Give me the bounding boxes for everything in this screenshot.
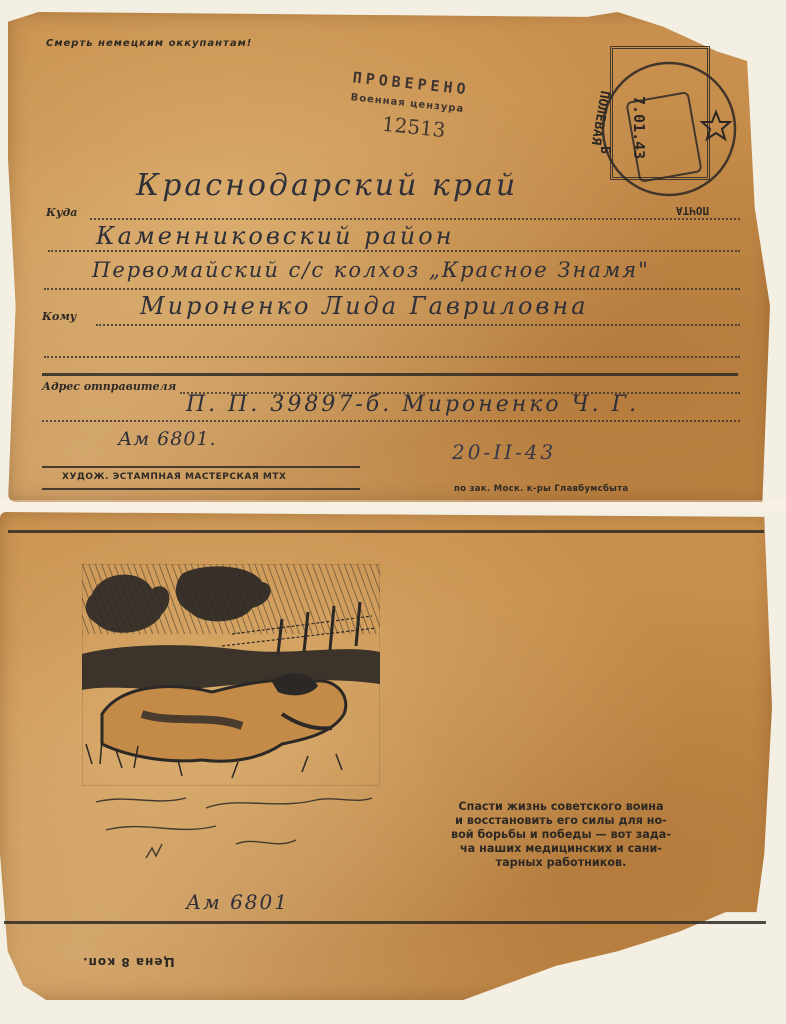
bottom-handwritten-note: Ам 6801 [186,890,289,914]
caption-line: Спасти жизнь советского воина [416,800,706,814]
imprint-rule-top [42,466,360,468]
sender-address: П. П. 39897-б. Мироненко Ч. Г. [186,392,639,417]
address-district: Каменниковский район [96,222,455,250]
imprint-left: ХУДОЖ. ЭСТАМПНАЯ МАСТЕРСКАЯ МТХ [62,472,286,482]
caption-line: и восстановить его силы для но- [416,814,706,828]
postmark-bottom-text: ПОЧТА [676,204,709,217]
sender-note: Ам 6801. [118,428,217,450]
caption-text: Спасти жизнь советского воина и восстано… [416,800,706,870]
address-region: Краснодарский край [136,168,518,203]
imprint-rule-bottom [42,488,360,490]
censor-stamp-number: 12513 [381,112,447,143]
address-line-3 [44,288,740,290]
price-label: Цена 8 коп. [82,955,175,969]
address-line-1 [90,218,740,220]
bottom-lower-rule [4,921,766,924]
address-village: Первомайский с/с колхоз „Красное Знамя" [92,258,650,282]
caption-line: вой борьбы и победы — вот зада- [416,828,706,842]
slogan: Смерть немецким оккупантам! [46,38,252,49]
recipient-line [96,324,740,326]
recipient-name: Мироненко Лида Гавриловна [140,292,589,320]
whom-label: Кому [42,310,76,323]
trench [82,645,380,690]
postmark [598,58,740,200]
sender-date: 20-II-43 [452,440,556,464]
fold-crease [0,500,786,510]
ground-sketch [86,786,376,872]
address-line-2 [48,250,740,252]
to-label: Куда [46,206,77,219]
caption-line: тарных работников. [416,856,706,870]
sender-section-rule [42,373,738,376]
star-icon [702,112,730,139]
blank-line [44,356,740,358]
imprint-right: по зак. Моск. к-ры Главбумсбыта [454,484,628,494]
sender-line-2 [42,420,740,422]
caption-line: ча наших медицинских и сани- [416,842,706,856]
postmark-date: 7.01.43 [630,96,648,159]
bottom-top-rule [8,530,764,533]
sender-label: Адрес отправителя [42,380,176,393]
wounded-soldier-illustration [82,564,380,786]
postmark-side: Б [597,146,612,154]
